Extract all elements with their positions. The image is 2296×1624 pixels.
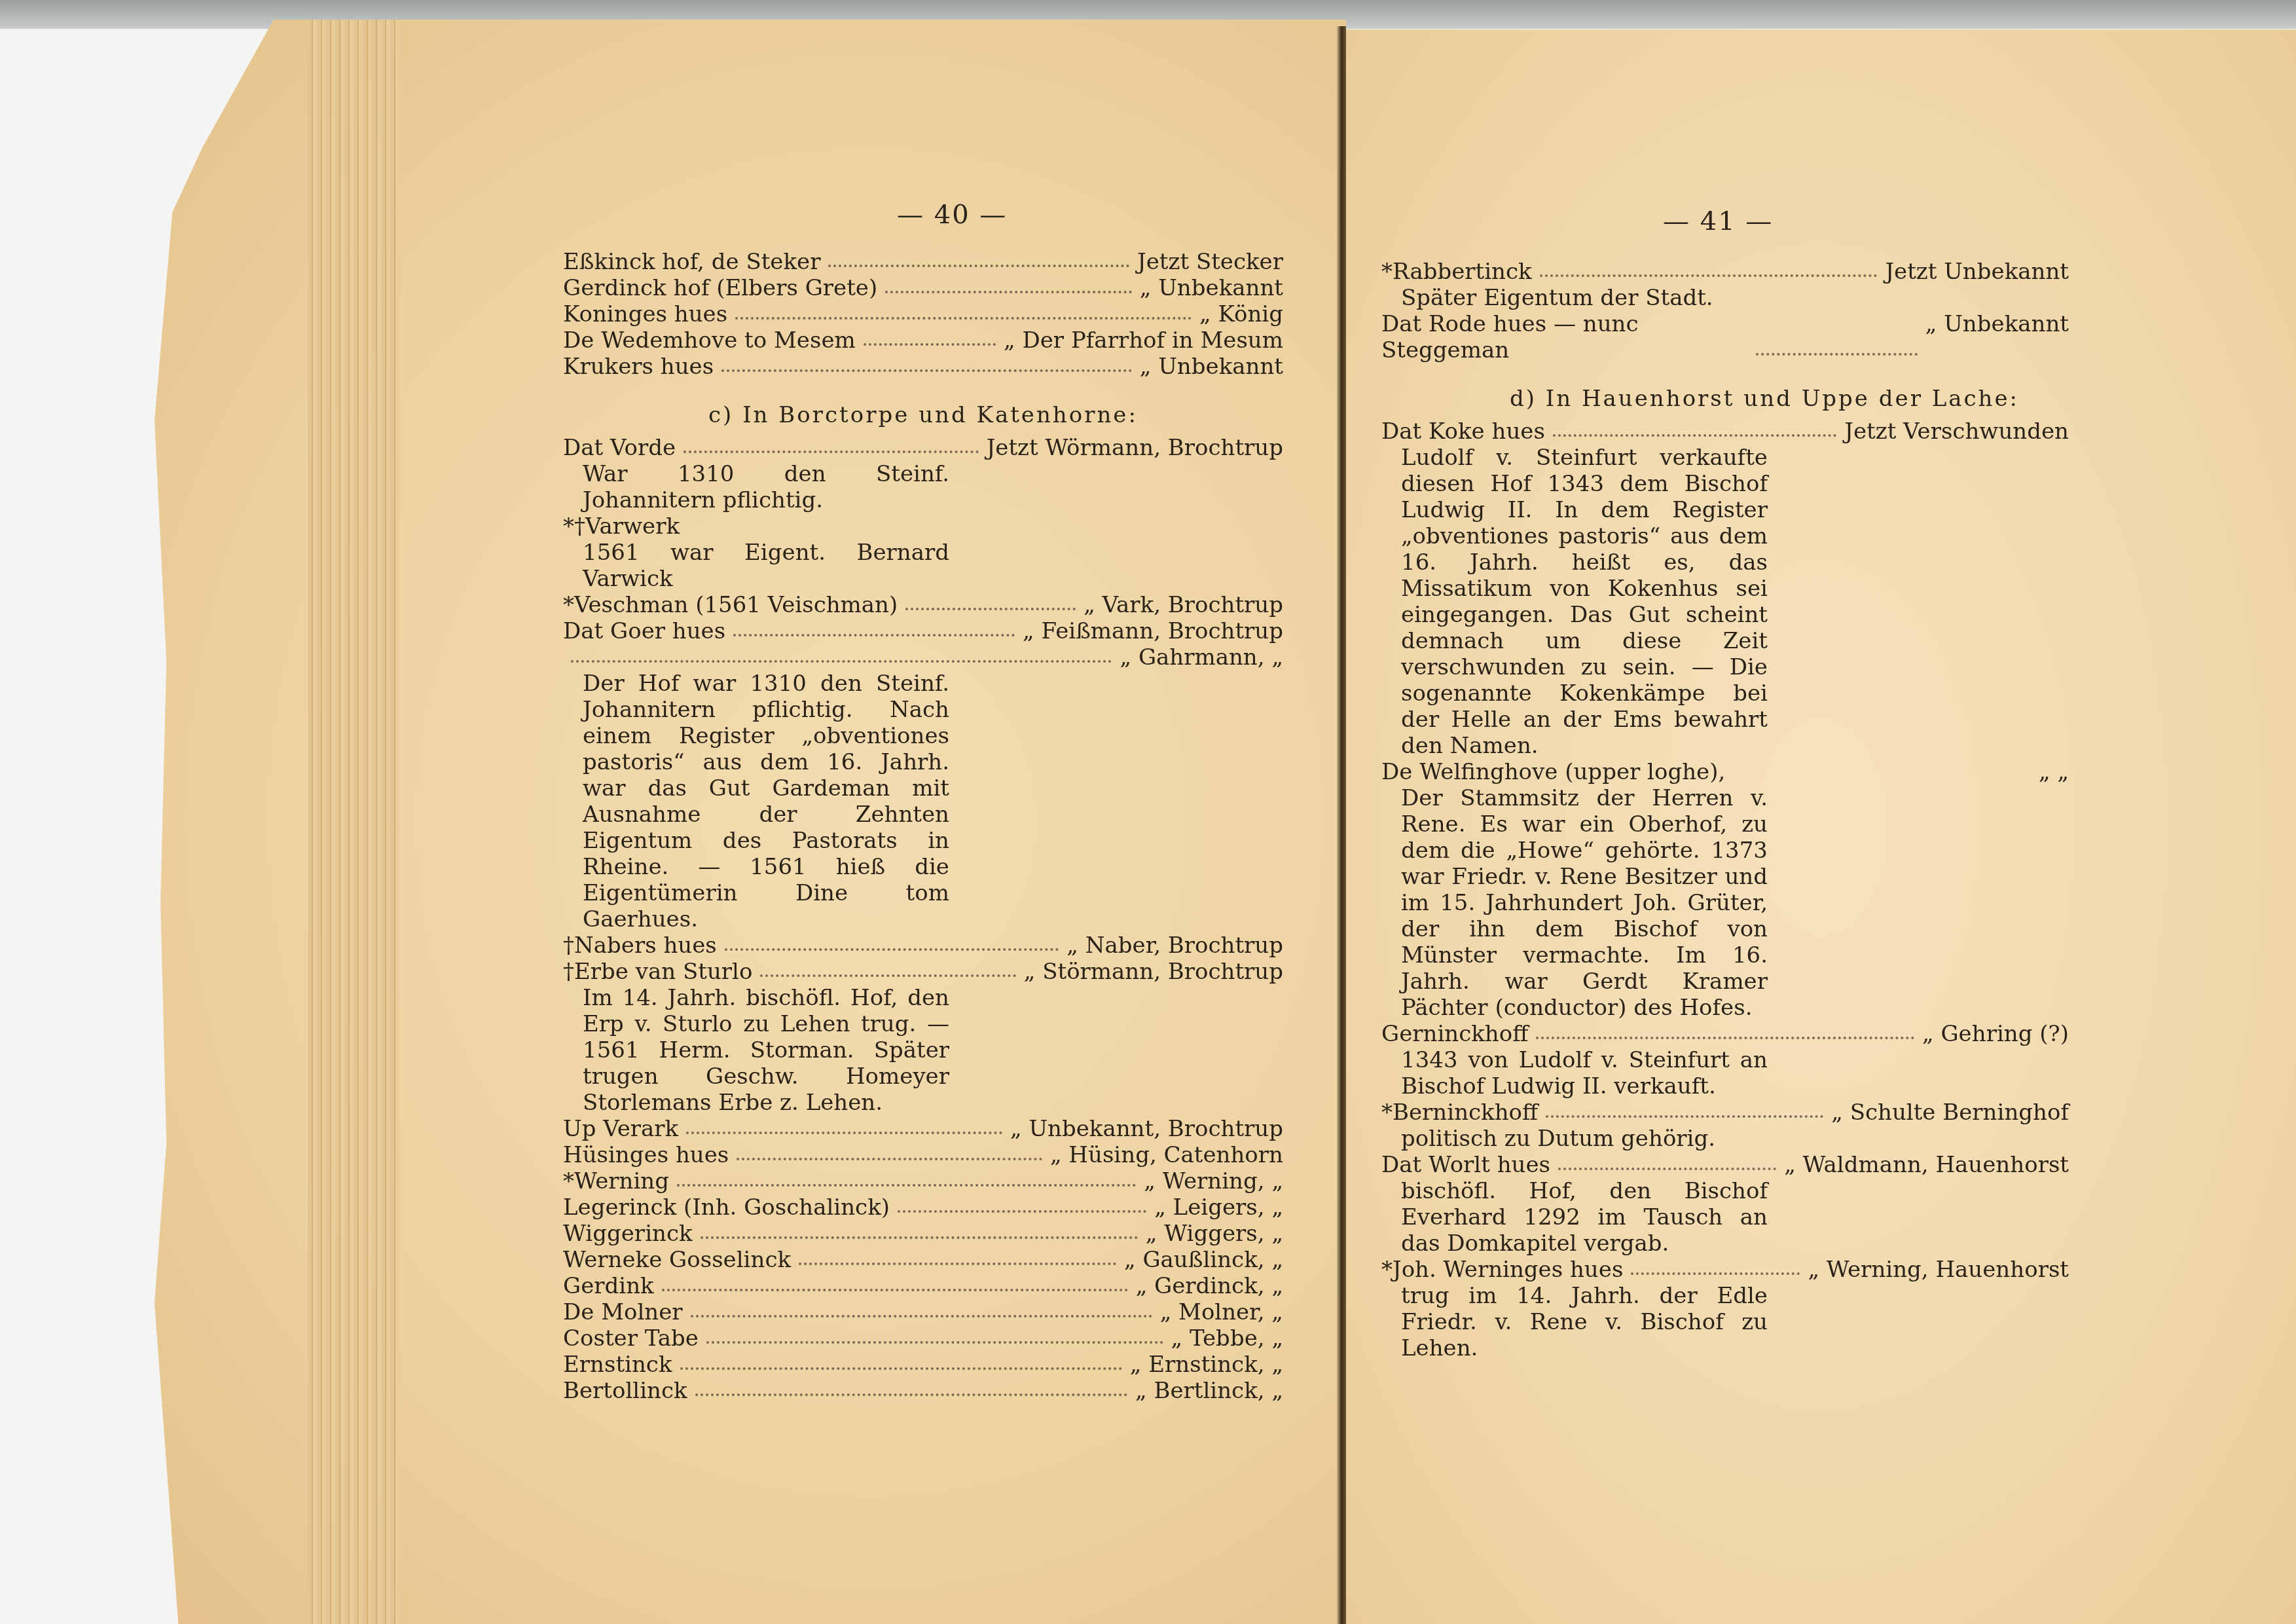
current-owner: „ Bertlinck, „ [1135, 1378, 1283, 1404]
entry-row: De Molner„ Molner, „ [563, 1299, 1283, 1325]
current-owner: Jetzt Wörmann, Brochtrup [987, 435, 1283, 461]
entry-row: Krukers hues„ Unbekannt [563, 354, 1283, 380]
entry-note: Der Hof war 1310 den Steinf. Johannitern… [563, 671, 949, 932]
farm-name: *Joh. Werninges hues [1381, 1257, 1623, 1283]
entry-row: Legerinck (Inh. Goschalinck)„ Leigers, „ [563, 1194, 1283, 1221]
farm-name: †Erbe van Sturlo [563, 959, 752, 985]
current-owner: „ Werning, Hauenhorst [1808, 1257, 2069, 1283]
entry-note: 1343 von Ludolf v. Steinfurt an Bischof … [1381, 1047, 1768, 1099]
current-owner: „ Der Pfarrhof in Mesum [1004, 327, 1283, 354]
entry-row: Dat Worlt hues„ Waldmann, Hauenhorst [1381, 1152, 2069, 1178]
farm-name: De Molner [563, 1299, 683, 1325]
section-heading-c: c) In Borctorpe und Katenhorne: [563, 402, 1283, 428]
farm-name: *Rabbertinck [1381, 259, 1532, 285]
current-owner: „ Tebbe, „ [1171, 1325, 1283, 1352]
entry-row: Bertollinck„ Bertlinck, „ [563, 1378, 1283, 1404]
farm-name: Gerdinck hof (Elbers Grete) [563, 275, 877, 301]
farm-name: Gerninckhoff [1381, 1021, 1528, 1047]
farm-name: *Veschman (1561 Veischman) [563, 592, 898, 618]
farm-name: Krukers hues [563, 354, 714, 380]
current-owner: „ Leigers, „ [1154, 1194, 1283, 1221]
current-owner: „ Wiggers, „ [1146, 1221, 1283, 1247]
current-owner: „ Naber, Brochtrup [1066, 932, 1283, 959]
farm-name: Coster Tabe [563, 1325, 699, 1352]
current-owner: „ Molner, „ [1160, 1299, 1283, 1325]
current-owner: Jetzt Verschwunden [1844, 418, 2069, 445]
current-owner: „ Werning, „ [1144, 1168, 1283, 1194]
entry-row: *Joh. Werninges hues„ Werning, Hauenhors… [1381, 1257, 2069, 1283]
entry-row: Hüsinges hues„ Hüsing, Catenhorn [563, 1142, 1283, 1168]
current-owner: „ Unbekannt [1140, 354, 1283, 380]
entry-row: De Wedemhove to Mesem„ Der Pfarrhof in M… [563, 327, 1283, 354]
page-number-left: — 40 — [897, 200, 1007, 230]
farm-name: Dat Koke hues [1381, 418, 1545, 445]
farm-name: *Berninckhoff [1381, 1099, 1538, 1126]
entry-note: bischöfl. Hof, den Bischof Everhard 1292… [1381, 1178, 1768, 1257]
entry-row: *Werning„ Werning, „ [563, 1168, 1283, 1194]
entry-row: Werneke Gosselinck„ Gaußlinck, „ [563, 1247, 1283, 1273]
entry-row: Gerninckhoff„ Gehring (?) [1381, 1021, 2069, 1047]
current-owner: „ Störmann, Brochtrup [1024, 959, 1283, 985]
entry-row: *Veschman (1561 Veischman)„ Vark, Brocht… [563, 592, 1283, 618]
farm-name: Up Verark [563, 1116, 678, 1142]
entry-row: Up Verark„ Unbekannt, Brochtrup [563, 1116, 1283, 1142]
section-heading-d: d) In Hauenhorst und Uppe der Lache: [1460, 386, 2069, 412]
entry-row: *†Varwerk [563, 513, 1283, 540]
current-owner: Jetzt Stecker [1137, 249, 1283, 275]
current-owner: „ Gaußlinck, „ [1124, 1247, 1283, 1273]
entry-row: „ Gahrmann, „ [563, 644, 1283, 671]
current-owner: „ Waldmann, Hauenhorst [1784, 1152, 2069, 1178]
current-owner: „ Schulte Berninghof [1831, 1099, 2069, 1126]
left-page-text: Eßkinck hof, de StekerJetzt Stecker Gerd… [563, 249, 1283, 1404]
farm-name: Dat Goer hues [563, 618, 725, 644]
book-gutter [1337, 26, 1346, 1624]
entry-row: Wiggerinck„ Wiggers, „ [563, 1221, 1283, 1247]
current-owner: „ König [1199, 301, 1283, 327]
entry-row: Dat Rode hues — nunc Steggeman„ Unbekann… [1381, 311, 2069, 363]
farm-name: Wiggerinck [563, 1221, 693, 1247]
entry-row: *Berninckhoff„ Schulte Berninghof [1381, 1099, 2069, 1126]
farm-name: De Welfinghove (upper loghe), [1381, 759, 1725, 785]
farm-name: *†Varwerk [563, 513, 680, 540]
entry-row: Eßkinck hof, de StekerJetzt Stecker [563, 249, 1283, 275]
entry-row: Dat Koke huesJetzt Verschwunden [1381, 418, 2069, 445]
entry-row: Gerdinck hof (Elbers Grete)„ Unbekannt [563, 275, 1283, 301]
farm-name: †Nabers hues [563, 932, 717, 959]
farm-name: Bertollinck [563, 1378, 687, 1404]
entry-row: De Welfinghove (upper loghe),„ „ [1381, 759, 2069, 785]
farm-name: Ernstinck [563, 1352, 672, 1378]
entry-row: *RabbertinckJetzt Unbekannt [1381, 259, 2069, 285]
current-owner: „ Unbekannt [1140, 275, 1283, 301]
entry-note: politisch zu Dutum gehörig. [1381, 1126, 1768, 1152]
current-owner: Jetzt Unbekannt [1885, 259, 2069, 285]
entry-row: Ernstinck„ Ernstinck, „ [563, 1352, 1283, 1378]
entry-note: Später Eigentum der Stadt. [1381, 285, 1768, 311]
current-owner: „ Unbekannt, Brochtrup [1010, 1116, 1283, 1142]
current-owner: „ Unbekannt [1925, 311, 2069, 363]
entry-row: Koninges hues„ König [563, 301, 1283, 327]
farm-name: Koninges hues [563, 301, 727, 327]
current-owner: „ Hüsing, Catenhorn [1050, 1142, 1283, 1168]
entry-note: trug im 14. Jahrh. der Edle Friedr. v. R… [1381, 1283, 1768, 1361]
current-owner: „ Gerdinck, „ [1136, 1273, 1283, 1299]
entry-row: Gerdink„ Gerdinck, „ [563, 1273, 1283, 1299]
farm-name: De Wedemhove to Mesem [563, 327, 856, 354]
entry-note: Der Stammsitz der Herren v. Rene. Es war… [1381, 785, 1768, 1021]
farm-name: Hüsinges hues [563, 1142, 729, 1168]
farm-name: Legerinck (Inh. Goschalinck) [563, 1194, 890, 1221]
current-owner: „ Gehring (?) [1922, 1021, 2069, 1047]
entry-row: Dat Goer hues„ Feißmann, Brochtrup [563, 618, 1283, 644]
entry-note: Im 14. Jahrh. bischöfl. Hof, den Erp v. … [563, 985, 949, 1116]
entry-row: Coster Tabe„ Tebbe, „ [563, 1325, 1283, 1352]
current-owner: „ Ernstinck, „ [1130, 1352, 1283, 1378]
entry-note: Ludolf v. Steinfurt verkaufte diesen Hof… [1381, 445, 1768, 759]
right-page-text: *RabbertinckJetzt Unbekannt Später Eigen… [1381, 259, 2069, 1361]
page-number-right: — 41 — [1663, 206, 1773, 236]
page-edges [308, 20, 399, 1624]
current-owner: „ „ [2039, 759, 2069, 785]
entry-note: 1561 war Eigent. Bernard Varwick [563, 540, 949, 592]
book-spread: — 40 — Eßkinck hof, de StekerJetzt Steck… [0, 0, 2296, 1624]
entry-row: †Nabers hues„ Naber, Brochtrup [563, 932, 1283, 959]
farm-name: Werneke Gosselinck [563, 1247, 791, 1273]
current-owner: „ Vark, Brochtrup [1084, 592, 1283, 618]
farm-name: Dat Worlt hues [1381, 1152, 1550, 1178]
farm-name: Dat Rode hues — nunc Steggeman [1381, 311, 1748, 363]
current-owner: „ Feißmann, Brochtrup [1023, 618, 1283, 644]
farm-name: Eßkinck hof, de Steker [563, 249, 820, 275]
farm-name: Dat Vorde [563, 435, 676, 461]
entry-row: Dat VordeJetzt Wörmann, Brochtrup [563, 435, 1283, 461]
entry-row: †Erbe van Sturlo„ Störmann, Brochtrup [563, 959, 1283, 985]
farm-name: *Werning [563, 1168, 669, 1194]
entry-note: War 1310 den Steinf. Johannitern pflicht… [563, 461, 949, 513]
current-owner: „ Gahrmann, „ [1120, 644, 1283, 671]
farm-name: Gerdink [563, 1273, 654, 1299]
